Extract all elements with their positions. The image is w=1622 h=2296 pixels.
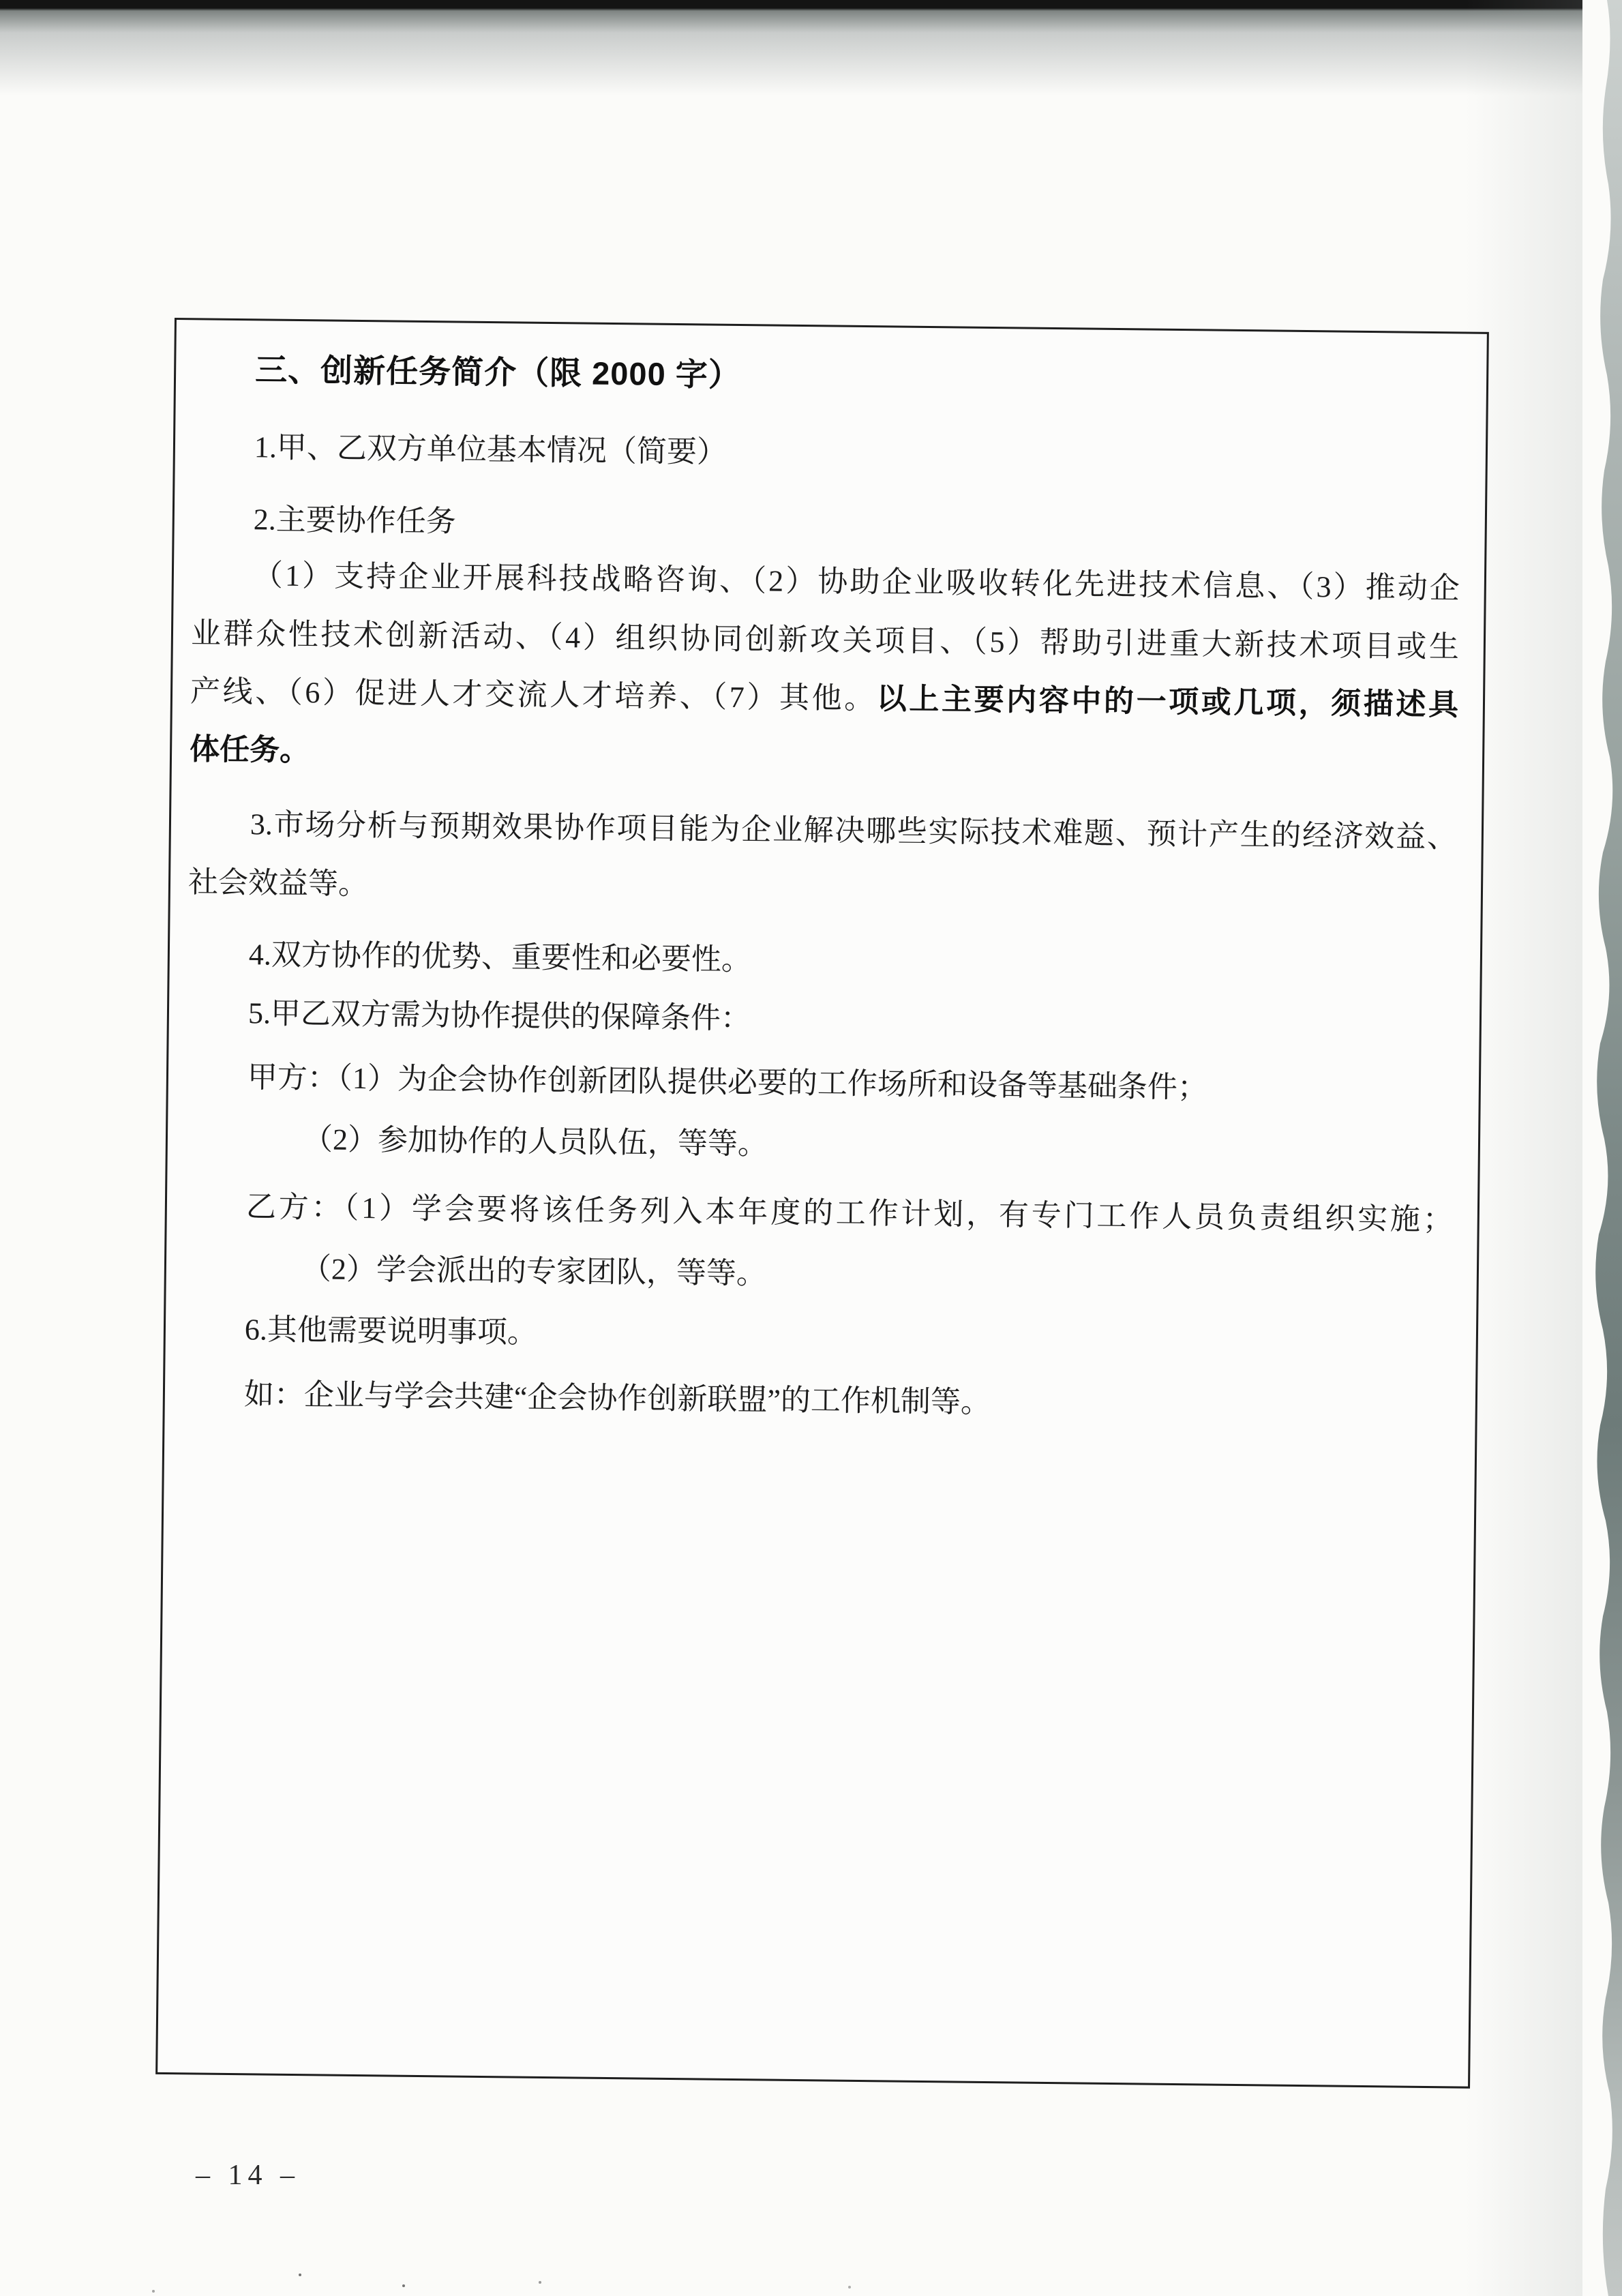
torn-paper-edge (1582, 0, 1622, 2296)
dust-speck (152, 2290, 155, 2293)
task-paragraph-line-3-bold: 以上主要内容中的一项或几项，须描述具 (877, 682, 1459, 721)
dust-speck (848, 2286, 851, 2288)
party-b-line-2: （2）学会派出的专家团队，等等。 (183, 1238, 1452, 1311)
party-a-line-1: 甲方：（1）为企会协作创新团队提供必要的工作场所和设备等基础条件； (185, 1047, 1454, 1120)
party-a-line-2: （2）参加协作的人员队伍，等等。 (185, 1109, 1454, 1181)
page-number: – 14 – (196, 2155, 300, 2196)
innovation-task-section-box: 三、创新任务简介（限 2000 字） 1.甲、乙双方单位基本情况（简要） 2.主… (155, 318, 1489, 2089)
dust-speck (299, 2273, 301, 2276)
party-b-line-1: 乙方：（1）学会要将该任务列入本年度的工作计划，有专门工作人员负责组织实施； (184, 1177, 1453, 1249)
item-1-basic-info: 1.甲、乙双方单位基本情况（简要） (192, 417, 1461, 490)
scanned-document-page: { "form": { "title": "三、创新任务简介（限 2000 字）… (0, 0, 1622, 2296)
dust-speck (402, 2284, 405, 2287)
item-6-other-notes: 6.其他需要说明事项。 (183, 1300, 1452, 1372)
dust-speck (539, 2281, 541, 2284)
example-note: 如：企业与学会共建“企会协作创新联盟”的工作机制等。 (182, 1365, 1451, 1437)
task-paragraph-line-3-normal: 产线、（6）促进人才交流人才培养、（7）其他。 (190, 674, 877, 715)
scanner-edge-band (0, 0, 1622, 102)
section-title: 三、创新任务简介（限 2000 字） (255, 338, 1462, 414)
